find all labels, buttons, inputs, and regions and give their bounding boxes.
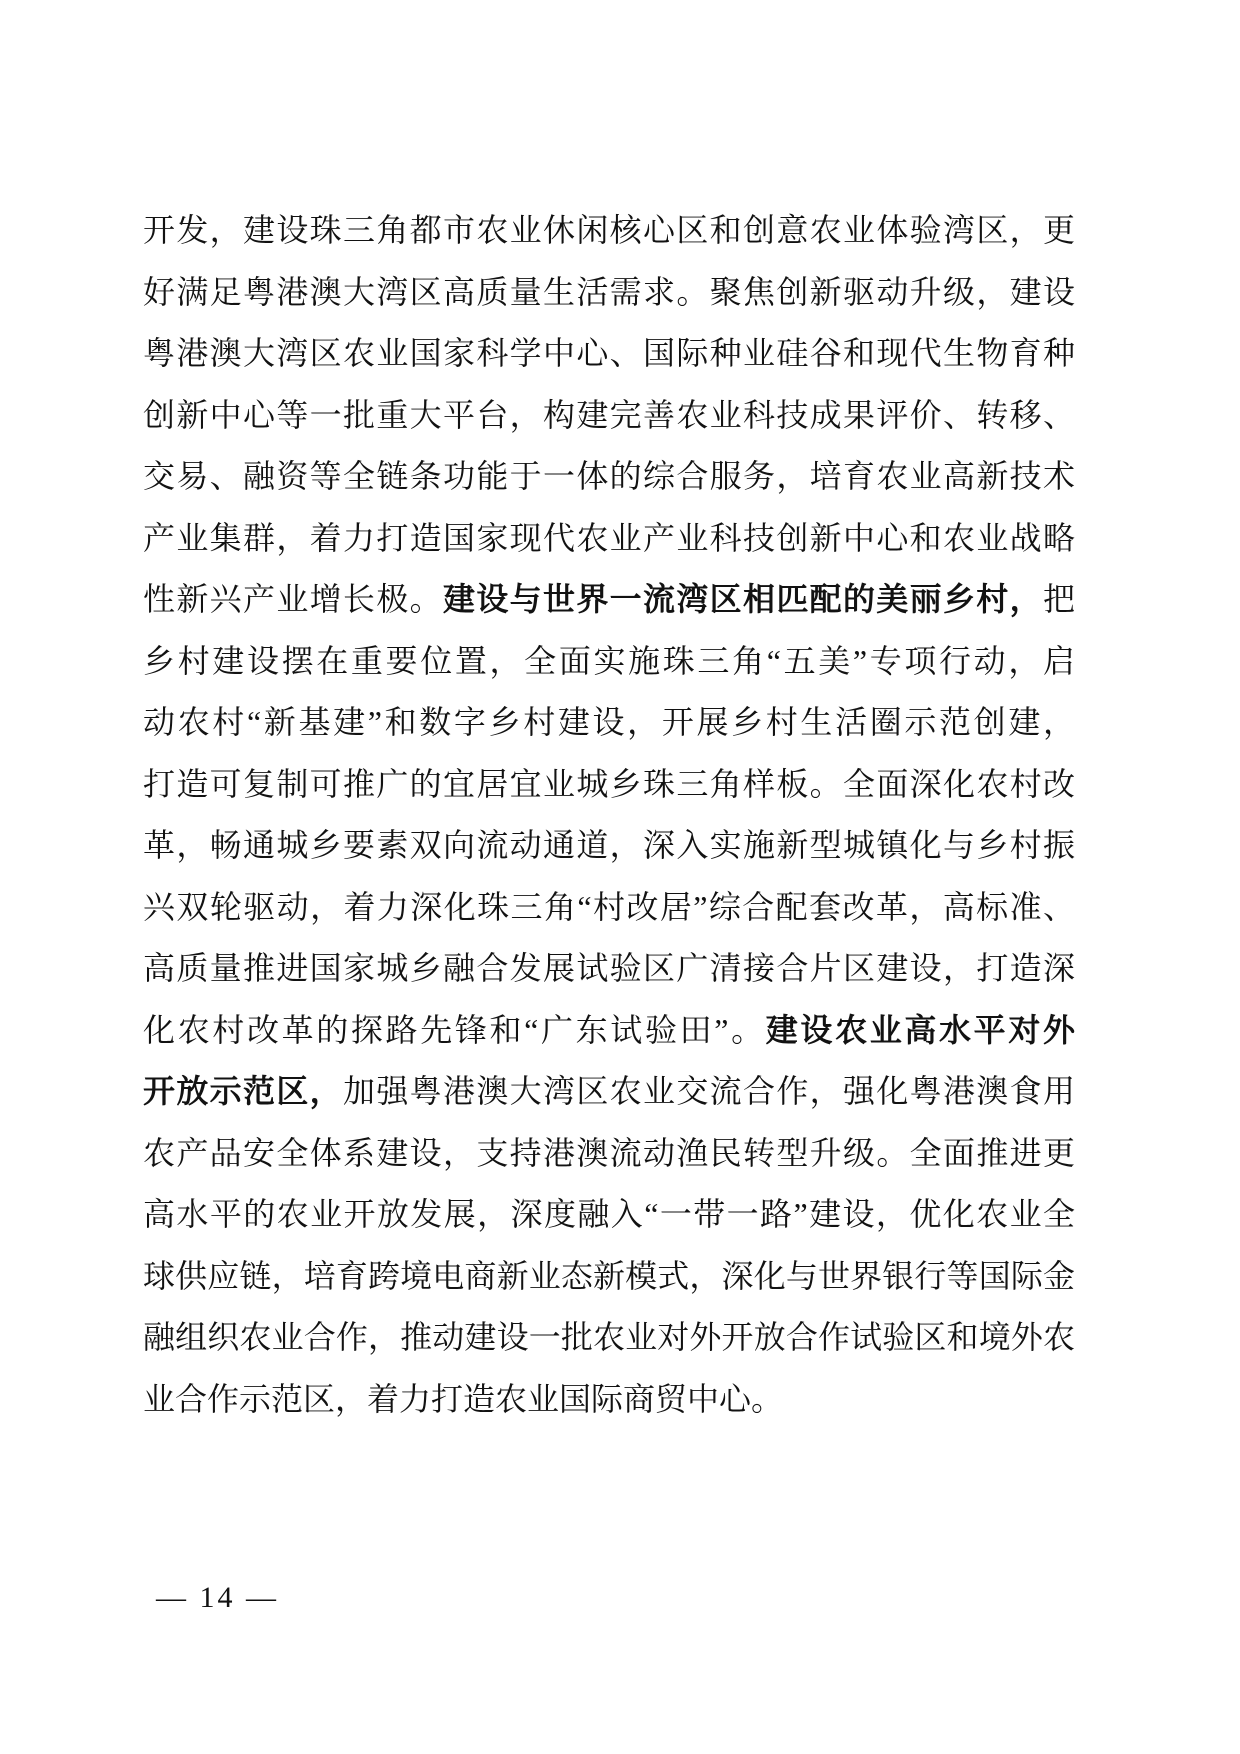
text-segment: 兴双轮驱动，着力深化珠三角“村改居”综合配套改革，高标准、 [143,889,1075,925]
text-line: 性新兴产业增长极。建设与世界一流湾区相匹配的美丽乡村，把 [143,569,1075,631]
page-number: — 14 — [156,1580,279,1616]
text-segment: 球供应链，培育跨境电商新业态新模式，深化与世界银行等国际金 [143,1258,1075,1294]
text-line: 高水平的农业开放发展，深度融入“一带一路”建设，优化农业全 [143,1184,1075,1246]
text-segment: 粤港澳大湾区农业国家科学中心、国际种业硅谷和现代生物育种 [143,335,1075,371]
text-line: 兴双轮驱动，着力深化珠三角“村改居”综合配套改革，高标准、 [143,877,1075,939]
page-number-label: — 14 — [156,1581,279,1614]
text-segment: 高水平的农业开放发展，深度融入“一带一路”建设，优化农业全 [143,1196,1075,1232]
body-text: 开发，建设珠三角都市农业休闲核心区和创意农业体验湾区，更 好满足粤港澳大湾区高质… [143,200,1075,1430]
text-segment: 开发，建设珠三角都市农业休闲核心区和创意农业体验湾区，更 [143,212,1075,248]
text-segment: 性新兴产业增长极。 [143,581,443,617]
bold-heading-inline: 开放示范区， [143,1073,343,1109]
text-line: 好满足粤港澳大湾区高质量生活需求。聚焦创新驱动升级，建设 [143,262,1075,324]
text-line: 融组织农业合作，推动建设一批农业对外开放合作试验区和境外农 [143,1307,1075,1369]
text-segment: 农产品安全体系建设，支持港澳流动渔民转型升级。全面推进更 [143,1135,1075,1171]
text-line: 农产品安全体系建设，支持港澳流动渔民转型升级。全面推进更 [143,1123,1075,1185]
text-line: 高质量推进国家城乡融合发展试验区广清接合片区建设，打造深 [143,938,1075,1000]
text-line: 业合作示范区，着力打造农业国际商贸中心。 [143,1369,1075,1431]
text-line: 化农村改革的探路先锋和“广东试验田”。建设农业高水平对外 [143,1000,1075,1062]
text-segment: 创新中心等一批重大平台，构建完善农业科技成果评价、转移、 [143,397,1075,433]
text-segment: 动农村“新基建”和数字乡村建设，开展乡村生活圈示范创建， [143,704,1075,740]
bold-heading-inline: 建设农业高水平对外 [766,1012,1075,1048]
bold-heading-inline: 建设与世界一流湾区相匹配的美丽乡村， [443,581,1043,617]
text-line: 交易、融资等全链条功能于一体的综合服务，培育农业高新技术 [143,446,1075,508]
text-line: 革，畅通城乡要素双向流动通道，深入实施新型城镇化与乡村振 [143,815,1075,877]
text-segment: 产业集群，着力打造国家现代农业产业科技创新中心和农业战略 [143,520,1075,556]
text-segment: 革，畅通城乡要素双向流动通道，深入实施新型城镇化与乡村振 [143,827,1075,863]
text-segment: 业合作示范区，着力打造农业国际商贸中心。 [143,1381,783,1417]
text-segment: 乡村建设摆在重要位置，全面实施珠三角“五美”专项行动，启 [143,643,1075,679]
text-segment: 好满足粤港澳大湾区高质量生活需求。聚焦创新驱动升级，建设 [143,274,1075,310]
text-line: 创新中心等一批重大平台，构建完善农业科技成果评价、转移、 [143,385,1075,447]
text-segment: 化农村改革的探路先锋和“广东试验田”。 [143,1012,766,1048]
text-line: 开发，建设珠三角都市农业休闲核心区和创意农业体验湾区，更 [143,200,1075,262]
text-segment: 交易、融资等全链条功能于一体的综合服务，培育农业高新技术 [143,458,1075,494]
text-segment: 把 [1043,581,1075,617]
text-line: 球供应链，培育跨境电商新业态新模式，深化与世界银行等国际金 [143,1246,1075,1308]
text-segment: 加强粤港澳大湾区农业交流合作，强化粤港澳食用 [343,1073,1075,1109]
text-line: 粤港澳大湾区农业国家科学中心、国际种业硅谷和现代生物育种 [143,323,1075,385]
text-line: 乡村建设摆在重要位置，全面实施珠三角“五美”专项行动，启 [143,631,1075,693]
text-line: 动农村“新基建”和数字乡村建设，开展乡村生活圈示范创建， [143,692,1075,754]
text-segment: 融组织农业合作，推动建设一批农业对外开放合作试验区和境外农 [143,1319,1075,1355]
document-page: 开发，建设珠三角都市农业休闲核心区和创意农业体验湾区，更 好满足粤港澳大湾区高质… [0,0,1240,1754]
text-segment: 打造可复制可推广的宜居宜业城乡珠三角样板。全面深化农村改 [143,766,1075,802]
text-line: 开放示范区，加强粤港澳大湾区农业交流合作，强化粤港澳食用 [143,1061,1075,1123]
text-segment: 高质量推进国家城乡融合发展试验区广清接合片区建设，打造深 [143,950,1075,986]
text-line: 打造可复制可推广的宜居宜业城乡珠三角样板。全面深化农村改 [143,754,1075,816]
text-line: 产业集群，着力打造国家现代农业产业科技创新中心和农业战略 [143,508,1075,570]
